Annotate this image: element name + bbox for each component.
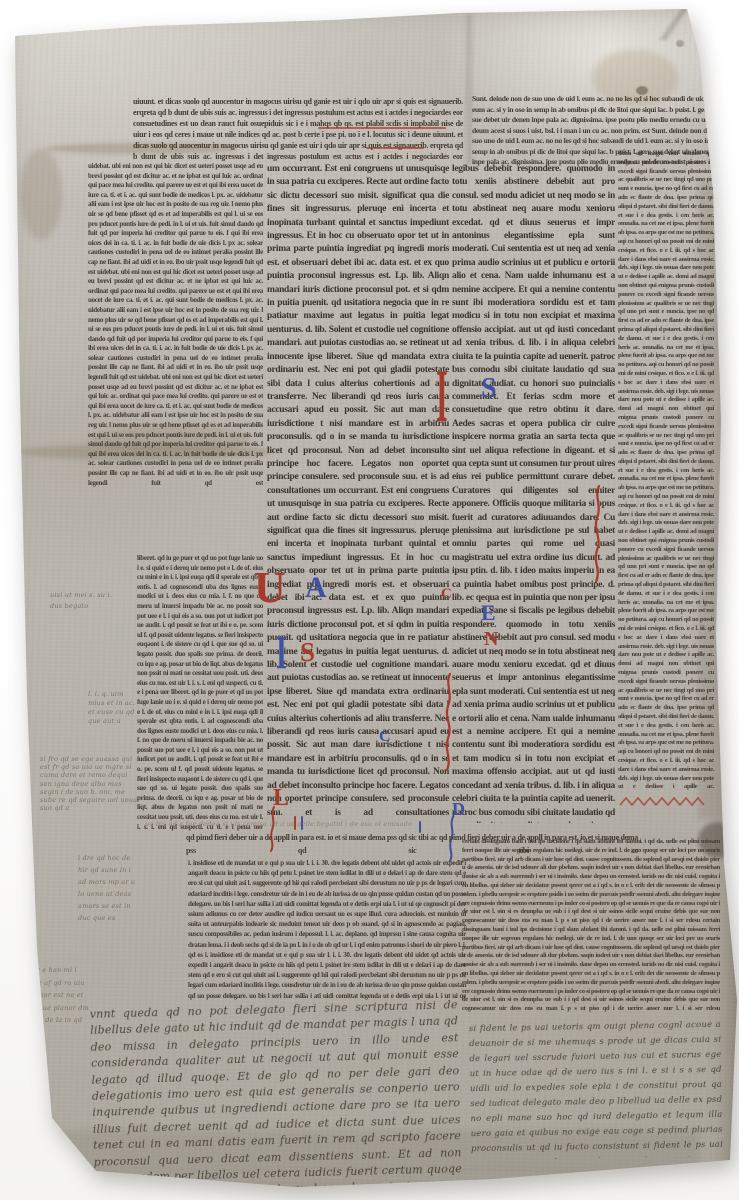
faint-interline-note: uo bis qd e fue dedeq si uis comisa qd a… <box>145 818 465 831</box>
photo-background: { "page": { "background_color": "#ffffff… <box>0 0 739 1200</box>
top-margin-gloss-left: uiuunt. et dicas suolo qd auocentur in m… <box>133 96 463 162</box>
left-gloss-column-lower: liberet. qd iu ge puer et qd uo pot fuge… <box>137 554 263 840</box>
initial-letter-S-red: S <box>300 639 315 666</box>
initial-letter-N-red: N <box>484 629 498 649</box>
main-text-column-2: legibus debebit respondere. quomodo in t… <box>452 163 615 823</box>
manuscript-leaf-wrapper: uiuunt. et dicas suolo qd auocentur in m… <box>0 0 739 1200</box>
bottom-gloss-left: i. insidiose eti de mandat ut e qui p su… <box>188 858 466 1000</box>
left-edge-smudge <box>20 148 62 240</box>
initial-letter-E-blue: E <box>481 602 496 624</box>
ink-spot-top-edge <box>676 40 684 47</box>
rubric-underline-1 <box>318 127 446 129</box>
initial-letter-C-blue: C <box>379 729 391 745</box>
initial-letter-D-blue: D <box>452 800 465 818</box>
right-gloss-column: domi ad magni non obtinet qui enigma pru… <box>618 150 714 795</box>
manuscript-leaf: uiuunt. et dicas suolo qd auocentur in m… <box>0 0 739 1200</box>
initial-letter-S-blue: S <box>481 375 497 403</box>
initial-letter-I-red: I <box>436 361 448 436</box>
initial-letter-L-red: L <box>273 786 289 810</box>
margin-note-1: uisi ut mei s. su i. dus begato <box>50 590 118 626</box>
bottom-gloss-right: certain dissinguam bani i ind ips decisi… <box>462 838 720 1018</box>
margin-note-2: l. i. q. uim mius et in ac. et euse cu q… <box>88 690 138 736</box>
margin-note-5: uir e han mi i pse af qd ra uia remar es… <box>30 964 90 1122</box>
initial-letter-I-blue: I <box>276 631 287 679</box>
initial-letter-C-red: C <box>441 587 452 602</box>
cursive-addition-right: si fident le ps uai uetoris qm ouigi ple… <box>469 1018 723 1160</box>
rubric-underline-2 <box>366 147 424 149</box>
margin-note-3: si fro qd se ege suassa qui est fr qd sa… <box>40 755 138 813</box>
cursive-addition-left: vnnt queda qd no pot delegato fieri sine… <box>90 997 463 1195</box>
corner-fold-shadow-top-right <box>648 8 700 40</box>
zigzag-flourish-icon <box>618 794 706 815</box>
left-gloss-column-upper: uidebat. ubi eni non est qui hic dicet e… <box>88 162 263 552</box>
main-text-column-1: um occurrant. Est eni congruens ut unusq… <box>267 163 449 823</box>
initial-letter-U-red: U <box>254 566 286 610</box>
initial-letter-A-blue: A <box>305 573 327 603</box>
